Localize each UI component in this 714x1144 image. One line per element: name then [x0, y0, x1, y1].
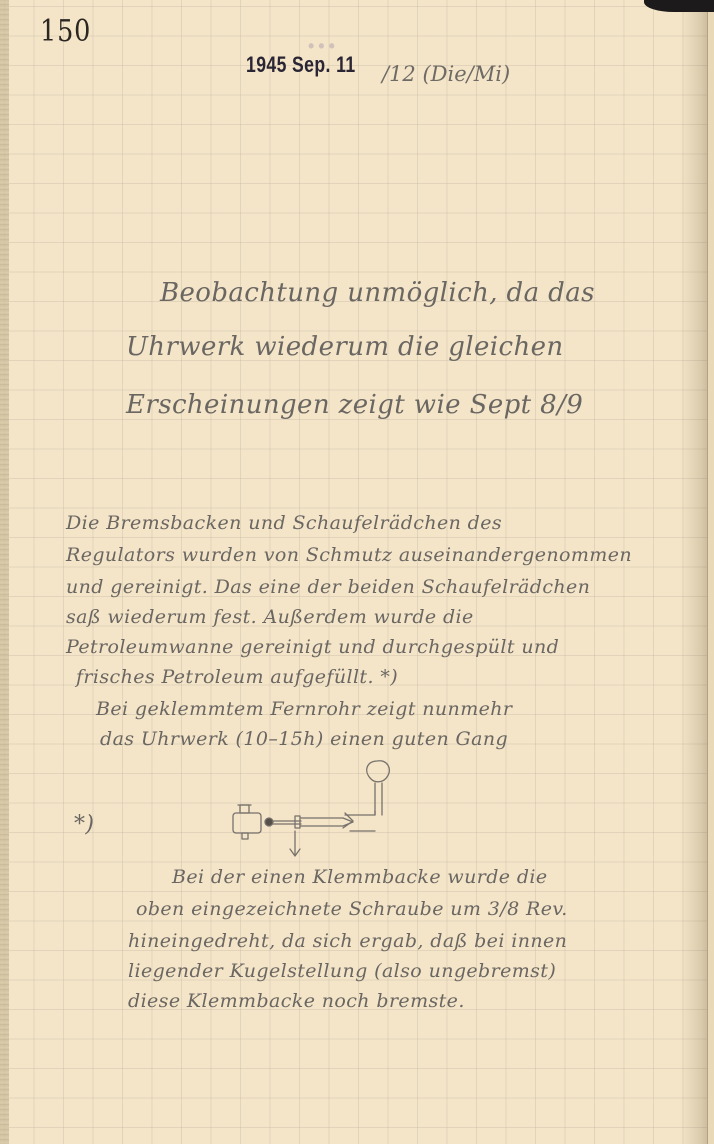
- footnote-line: hineingedreht, da sich ergab, daß bei in…: [128, 930, 567, 952]
- entry-line: das Uhrwerk (10–15h) einen guten Gang: [100, 728, 508, 750]
- footnote-line: oben eingezeichnete Schraube um 3/8 Rev.: [136, 898, 568, 920]
- entry-line: Petroleumwanne gereinigt und durchgespül…: [66, 636, 559, 658]
- entry-line: Regulators wurden von Schmutz auseinande…: [66, 544, 632, 566]
- entry-line: Erscheinungen zeigt wie Sept 8/9: [126, 390, 583, 420]
- date-stamp: 1945 Sep. 11: [246, 52, 356, 78]
- entry-line: saß wiederum fest. Außerdem wurde die: [66, 606, 474, 628]
- footnote-line: liegender Kugelstellung (also ungebremst…: [128, 960, 556, 982]
- notebook-page: 150 ••• 1945 Sep. 11 /12 (Die/Mi) Beobac…: [0, 0, 714, 1144]
- entry-line: frisches Petroleum aufgefüllt. *): [76, 666, 398, 688]
- footnote-marker: *): [74, 812, 94, 837]
- page-number: 150: [40, 14, 91, 49]
- entry-line: und gereinigt. Das eine der beiden Schau…: [66, 576, 590, 598]
- footnote-line: Bei der einen Klemmbacke wurde die: [172, 866, 548, 888]
- entry-line: Uhrwerk wiederum die gleichen: [126, 332, 564, 362]
- footnote-line: diese Klemmbacke noch bremste.: [128, 990, 465, 1012]
- entry-line: Bei geklemmtem Fernrohr zeigt nunmehr: [96, 698, 512, 720]
- page-binding-edge: [0, 0, 9, 1144]
- page-edge: [707, 0, 714, 1144]
- entry-line: Beobachtung unmöglich, da das: [160, 278, 595, 308]
- date-suffix: /12 (Die/Mi): [382, 62, 510, 86]
- entry-line: Die Bremsbacken und Schaufelrädchen des: [66, 512, 502, 534]
- cover-corner: [644, 0, 714, 12]
- clamp-jaw-sketch: [225, 755, 425, 865]
